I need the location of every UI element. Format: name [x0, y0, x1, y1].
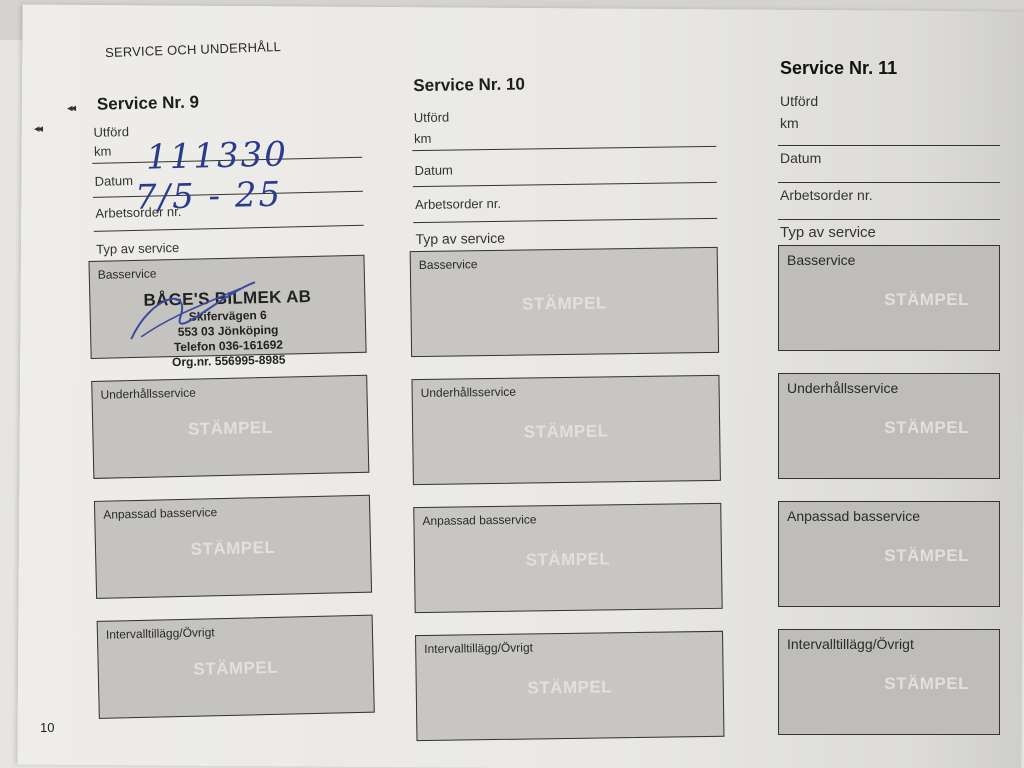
stamp-placeholder: STÄMPEL [93, 416, 367, 442]
stamp-box-anpassad-basservice[interactable]: Anpassad basservice STÄMPEL [413, 503, 722, 613]
stamp-placeholder: STÄMPEL [779, 290, 999, 310]
arbetsorder-line [94, 225, 364, 232]
arbetsorder-label: Arbetsorder nr. [780, 187, 1000, 203]
km-line[interactable] [412, 146, 716, 151]
stamp-box-basservice[interactable]: Basservice BÅGE'S BILMEK AB Skifervägen … [88, 255, 366, 359]
back-arrows-icon: ◂◂ [67, 101, 74, 114]
stamp-placeholder: STÄMPEL [96, 536, 370, 562]
km-label: km [780, 115, 1000, 131]
stamp-box-underhallsservice[interactable]: Underhållsservice STÄMPEL [411, 375, 720, 485]
datum-label: Datum [414, 159, 716, 178]
arbetsorder-line[interactable] [413, 218, 717, 223]
stamp-box-basservice[interactable]: Basservice STÄMPEL [778, 245, 1000, 351]
typ-av-service-label: Typ av service [415, 227, 717, 247]
box-label: Basservice [419, 257, 478, 272]
datum-line[interactable] [413, 182, 717, 187]
stamp-placeholder: STÄMPEL [779, 546, 999, 566]
stamp-placeholder: STÄMPEL [779, 418, 999, 438]
datum-line[interactable] [778, 182, 1000, 183]
stamp-box-anpassad-basservice[interactable]: Anpassad basservice STÄMPEL [94, 495, 372, 599]
box-label: Underhållsservice [421, 385, 517, 400]
stamp-placeholder: STÄMPEL [415, 547, 721, 571]
km-line[interactable] [778, 145, 1000, 146]
box-label: Intervalltillägg/Övrigt [106, 625, 215, 641]
typ-av-service-label: Typ av service [96, 236, 364, 257]
service-title: Service Nr. 11 [780, 58, 1000, 79]
stamp-box-underhallsservice[interactable]: Underhållsservice STÄMPEL [91, 375, 369, 479]
typ-av-service-label: Typ av service [780, 224, 1000, 241]
stamp-box-underhallsservice[interactable]: Underhållsservice STÄMPEL [778, 373, 1000, 479]
back-arrows-icon: ◂◂ [34, 122, 41, 135]
box-label: Intervalltillägg/Övrigt [424, 640, 533, 656]
box-label: Anpassad basservice [422, 512, 536, 528]
signature-icon [120, 274, 262, 347]
page-number: 10 [40, 720, 54, 735]
utford-label: Utförd [780, 93, 1000, 109]
km-label: km [414, 127, 716, 146]
service-title: Service Nr. 10 [413, 72, 715, 96]
stamp-box-intervalltillagg[interactable]: Intervalltillägg/Övrigt STÄMPEL [778, 629, 1000, 735]
stamp-box-basservice[interactable]: Basservice STÄMPEL [410, 247, 719, 357]
service-column-11: Service Nr. 11 Utförd km Datum Arbetsord… [770, 58, 1000, 757]
box-label: Anpassad basservice [103, 505, 217, 522]
stamp-placeholder: STÄMPEL [417, 675, 723, 699]
arbetsorder-label: Arbetsorder nr. [415, 193, 717, 212]
stamp-placeholder: STÄMPEL [413, 420, 719, 444]
box-label: Underhållsservice [100, 386, 196, 402]
stamp-placeholder: STÄMPEL [411, 292, 717, 316]
stamp-placeholder: STÄMPEL [99, 656, 373, 682]
stamp-box-anpassad-basservice[interactable]: Anpassad basservice STÄMPEL [778, 501, 1000, 607]
stamp-box-intervalltillagg[interactable]: Intervalltillägg/Övrigt STÄMPEL [415, 631, 724, 741]
arbetsorder-line[interactable] [778, 219, 1000, 220]
box-label: Basservice [787, 252, 855, 268]
stamp-box-intervalltillagg[interactable]: Intervalltillägg/Övrigt STÄMPEL [97, 615, 375, 719]
utford-label: Utförd [414, 106, 716, 125]
box-label: Underhållsservice [787, 380, 898, 396]
box-label: Intervalltillägg/Övrigt [787, 636, 914, 652]
stamp-placeholder: STÄMPEL [779, 674, 999, 694]
service-column-10: Service Nr. 10 Utförd km Datum Arbetsord… [403, 72, 725, 763]
datum-label: Datum [780, 150, 1000, 166]
box-label: Anpassad basservice [787, 508, 920, 524]
service-column-9: ◂◂ Service Nr. 9 Utförd km 111330 Datum … [71, 89, 376, 741]
